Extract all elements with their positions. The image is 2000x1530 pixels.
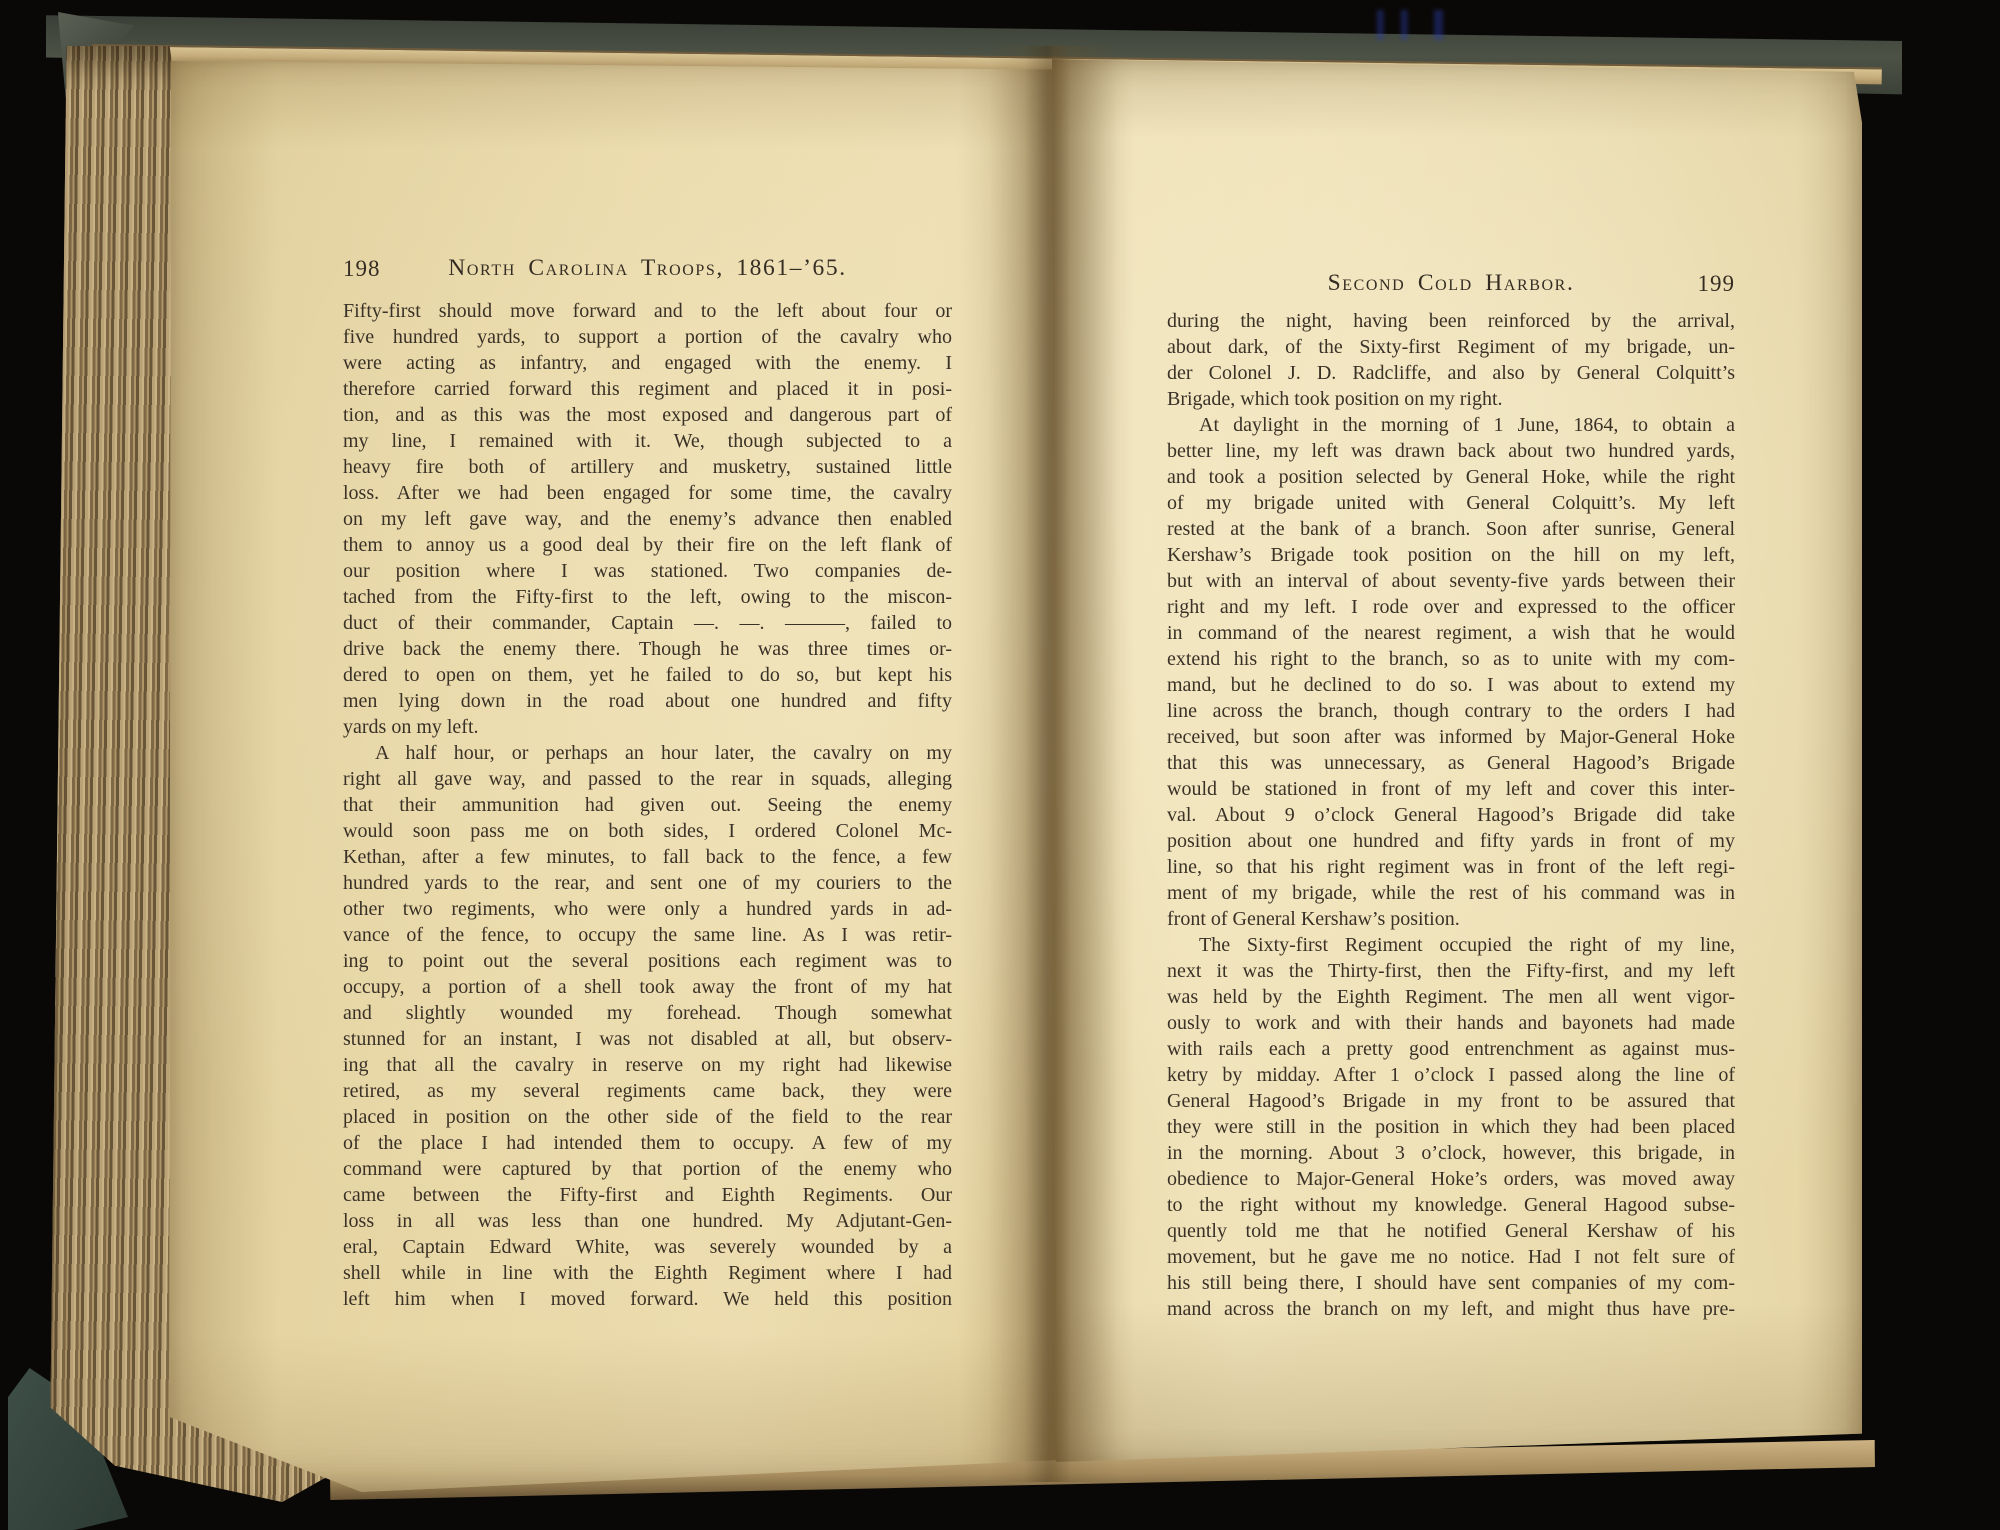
text-line: loss. After we had been engaged for some… [343,480,952,506]
text-line: my line, I remained with it. We, though … [343,428,952,454]
paragraph: A half hour, or perhaps an hour later, t… [343,740,952,1312]
text-line: occupy, a portion of a shell took away t… [343,974,952,1000]
text-line: next it was the Thirty-first, then the F… [1167,958,1735,984]
text-line: tion, and as this was the most exposed a… [343,402,952,428]
text-line: quently told me that he notified General… [1167,1218,1735,1244]
text-line: mand, but he declined to do so. I was ab… [1167,672,1735,698]
text-line: right all gave way, and passed to the re… [343,766,952,792]
text-line: on my left gave way, and the enemy’s adv… [343,506,952,532]
text-line: loss in all was less than one hundred. M… [343,1208,952,1234]
text-line: in command of the nearest regiment, a wi… [1167,620,1735,646]
text-line: of the place I had intended them to occu… [343,1130,952,1156]
text-line: were acting as infantry, and engaged wit… [343,350,952,376]
paragraph: during the night, having been reinforced… [1167,308,1735,412]
text-line: line, so that his right regiment was in … [1167,854,1735,880]
text-line: men lying down in the road about one hun… [343,688,952,714]
text-line: General Hagood’s Brigade in my front to … [1167,1088,1735,1114]
text-line: der Colonel J. D. Radcliffe, and also by… [1167,360,1735,386]
text-line: with rails each a pretty good entrenchme… [1167,1036,1735,1062]
text-line: command were captured by that portion of… [343,1156,952,1182]
text-line: position about one hundred and fifty yar… [1167,828,1735,854]
text-line: A half hour, or perhaps an hour later, t… [343,740,952,766]
text-line: dered to open on them, yet he failed to … [343,662,952,688]
text-line: ing to point out the several positions e… [343,948,952,974]
text-line: that their ammunition had given out. See… [343,792,952,818]
text-line: came between the Fifty-first and Eighth … [343,1182,952,1208]
text-line: and took a position selected by General … [1167,464,1735,490]
text-line: tached from the Fifty-first to the left,… [343,584,952,610]
right-page-text: during the night, having been reinforced… [1167,308,1735,1322]
text-line: that this was unnecessary, as General Ha… [1167,750,1735,776]
left-page-text: Fifty-first should move forward and to t… [343,298,952,1312]
text-line: rested at the bank of a branch. Soon aft… [1167,516,1735,542]
text-line: was held by the Eighth Regiment. The men… [1167,984,1735,1010]
text-line: val. About 9 o’clock General Hagood’s Br… [1167,802,1735,828]
text-line: eral, Captain Edward White, was severely… [343,1234,952,1260]
text-line: vance of the fence, to occupy the same l… [343,922,952,948]
paragraph: Fifty-first should move forward and to t… [343,298,952,740]
text-line: they were still in the position in which… [1167,1114,1735,1140]
text-line: ously to work and with their hands and b… [1167,1010,1735,1036]
text-line: during the night, having been reinforced… [1167,308,1735,334]
text-line: mand across the branch on my left, and m… [1167,1296,1735,1322]
text-line: his still being there, I should have sen… [1167,1270,1735,1296]
text-line: Fifty-first should move forward and to t… [343,298,952,324]
text-line: Kershaw’s Brigade took position on the h… [1167,542,1735,568]
text-line: in the morning. About 3 o’clock, however… [1167,1140,1735,1166]
text-line: drive back the enemy there. Though he wa… [343,636,952,662]
left-page-content: 198 North Carolina Troops, 1861–’65. Fif… [162,48,1056,1492]
text-line: stunned for an instant, I was not disabl… [343,1026,952,1052]
ink-stamp-traces [1368,10,1478,40]
text-line: heavy fire both of artillery and musketr… [343,454,952,480]
text-line: therefore carried forward this regiment … [343,376,952,402]
book-photo: 198 North Carolina Troops, 1861–’65. Fif… [0,0,2000,1530]
text-line: about dark, of the Sixty-first Regiment … [1167,334,1735,360]
text-line: line across the branch, though contrary … [1167,698,1735,724]
text-line: placed in position on the other side of … [343,1104,952,1130]
text-line: other two regiments, who were only a hun… [343,896,952,922]
text-line: The Sixty-first Regiment occupied the ri… [1167,932,1735,958]
text-line: ment of my brigade, while the rest of hi… [1167,880,1735,906]
text-line: five hundred yards, to support a portion… [343,324,952,350]
text-line: right and my left. I rode over and expre… [1167,594,1735,620]
text-line: ing that all the cavalry in reserve on m… [343,1052,952,1078]
text-line: shell while in line with the Eighth Regi… [343,1260,952,1286]
paragraph: The Sixty-first Regiment occupied the ri… [1167,932,1735,1322]
text-line: to the right without my knowledge. Gener… [1167,1192,1735,1218]
right-page-content: Second Cold Harbor. 199 during the night… [1052,52,1862,1472]
text-line: retired, as my several regiments came ba… [343,1078,952,1104]
text-line: our position where I was stationed. Two … [343,558,952,584]
text-line: movement, but he gave me no notice. Had … [1167,1244,1735,1270]
right-page-number: 199 [1167,271,1735,297]
paragraph: At daylight in the morning of 1 June, 18… [1167,412,1735,932]
text-line: front of General Kershaw’s position. [1167,906,1735,932]
text-line: would be stationed in front of my left a… [1167,776,1735,802]
text-line: and slightly wounded my forehead. Though… [343,1000,952,1026]
text-line: ketry by midday. After 1 o’clock I passe… [1167,1062,1735,1088]
text-line: extend his right to the branch, so as to… [1167,646,1735,672]
text-line: but with an interval of about seventy-fi… [1167,568,1735,594]
text-line: hundred yards to the rear, and sent one … [343,870,952,896]
text-line: Brigade, which took position on my right… [1167,386,1735,412]
text-line: duct of their commander, Captain —. —. —… [343,610,952,636]
text-line: obedience to Major-General Hoke’s orders… [1167,1166,1735,1192]
text-line: yards on my left. [343,714,952,740]
left-running-head: North Carolina Troops, 1861–’65. [343,255,952,282]
text-line: At daylight in the morning of 1 June, 18… [1167,412,1735,438]
text-line: received, but soon after was informed by… [1167,724,1735,750]
text-line: them to annoy us a good deal by their fi… [343,532,952,558]
text-line: would soon pass me on both sides, I orde… [343,818,952,844]
text-line: of my brigade united with General Colqui… [1167,490,1735,516]
text-line: left him when I moved forward. We held t… [343,1286,952,1312]
text-line: better line, my left was drawn back abou… [1167,438,1735,464]
text-line: Kethan, after a few minutes, to fall bac… [343,844,952,870]
